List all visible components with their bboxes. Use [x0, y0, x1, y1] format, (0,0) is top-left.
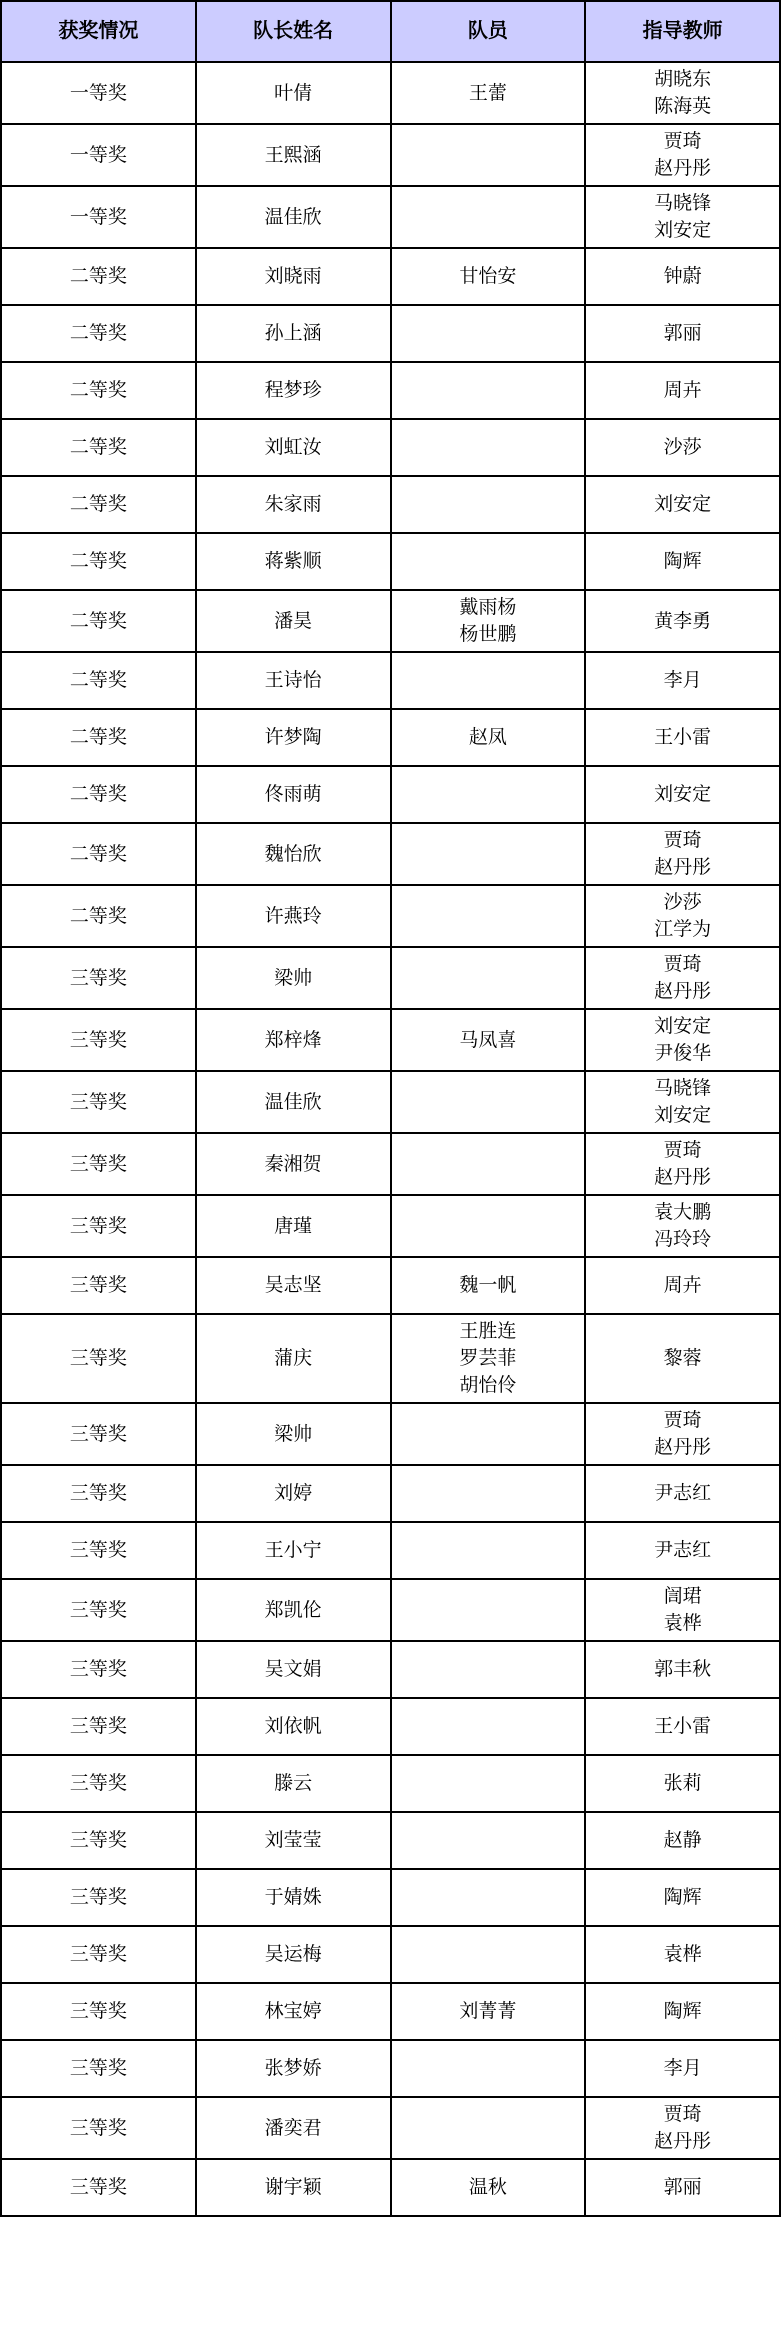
- table-row: 三等奖 吴志坚 魏一帆 周卉: [1, 1257, 780, 1314]
- captain-cell: 程梦珍: [196, 362, 391, 419]
- captain-cell: 佟雨萌: [196, 766, 391, 823]
- teachers-cell: 郭丰秋: [585, 1641, 780, 1698]
- column-header-teachers: 指导教师: [585, 1, 780, 62]
- captain-cell: 刘依帆: [196, 1698, 391, 1755]
- members-cell: 魏一帆: [391, 1257, 586, 1314]
- award-cell: 三等奖: [1, 1812, 196, 1869]
- table-row: 二等奖 孙上涵 郭丽: [1, 305, 780, 362]
- teachers-cell: 胡晓东 陈海英: [585, 62, 780, 124]
- award-cell: 三等奖: [1, 1641, 196, 1698]
- table-row: 三等奖 潘奕君 贾琦 赵丹彤: [1, 2097, 780, 2159]
- table-row: 三等奖 秦湘贺 贾琦 赵丹彤: [1, 1133, 780, 1195]
- members-cell: [391, 1465, 586, 1522]
- teachers-cell: 尹志红: [585, 1465, 780, 1522]
- award-cell: 三等奖: [1, 2040, 196, 2097]
- members-cell: [391, 305, 586, 362]
- table-row: 三等奖 谢宇颖 温秋 郭丽: [1, 2159, 780, 2216]
- members-cell: [391, 1195, 586, 1257]
- award-cell: 三等奖: [1, 1465, 196, 1522]
- teachers-cell: 陶辉: [585, 1869, 780, 1926]
- award-cell: 二等奖: [1, 305, 196, 362]
- captain-cell: 林宝婷: [196, 1983, 391, 2040]
- table-row: 二等奖 王诗怡 李月: [1, 652, 780, 709]
- table-row: 三等奖 蒲庆 王胜连 罗芸菲 胡怡伶 黎蓉: [1, 1314, 780, 1403]
- members-cell: 戴雨杨 杨世鹏: [391, 590, 586, 652]
- members-cell: 刘菁菁: [391, 1983, 586, 2040]
- members-cell: [391, 1071, 586, 1133]
- members-cell: [391, 1641, 586, 1698]
- table-row: 三等奖 刘婷 尹志红: [1, 1465, 780, 1522]
- members-cell: [391, 1698, 586, 1755]
- teachers-cell: 黎蓉: [585, 1314, 780, 1403]
- captain-cell: 王诗怡: [196, 652, 391, 709]
- members-cell: 王胜连 罗芸菲 胡怡伶: [391, 1314, 586, 1403]
- table-row: 三等奖 林宝婷 刘菁菁 陶辉: [1, 1983, 780, 2040]
- members-cell: [391, 476, 586, 533]
- award-cell: 三等奖: [1, 1755, 196, 1812]
- award-cell: 三等奖: [1, 1071, 196, 1133]
- members-cell: [391, 2040, 586, 2097]
- teachers-cell: 钟蔚: [585, 248, 780, 305]
- captain-cell: 唐瑾: [196, 1195, 391, 1257]
- members-cell: [391, 766, 586, 823]
- table-row: 三等奖 唐瑾 袁大鹏 冯玲玲: [1, 1195, 780, 1257]
- table-row: 二等奖 朱家雨 刘安定: [1, 476, 780, 533]
- captain-cell: 温佳欣: [196, 1071, 391, 1133]
- award-cell: 三等奖: [1, 1522, 196, 1579]
- column-header-award: 获奖情况: [1, 1, 196, 62]
- table-row: 一等奖 王熙涵 贾琦 赵丹彤: [1, 124, 780, 186]
- captain-cell: 刘莹莹: [196, 1812, 391, 1869]
- table-row: 二等奖 刘晓雨 甘怡安 钟蔚: [1, 248, 780, 305]
- award-cell: 二等奖: [1, 766, 196, 823]
- captain-cell: 谢宇颖: [196, 2159, 391, 2216]
- teachers-cell: 郭丽: [585, 305, 780, 362]
- award-cell: 二等奖: [1, 652, 196, 709]
- table-row: 三等奖 刘莹莹 赵静: [1, 1812, 780, 1869]
- table-header: 获奖情况 队长姓名 队员 指导教师: [1, 1, 780, 62]
- award-cell: 三等奖: [1, 2159, 196, 2216]
- table-body: 一等奖 叶倩 王蕾 胡晓东 陈海英 一等奖 王熙涵 贾琦 赵丹彤 一等奖 温佳欣…: [1, 62, 780, 2216]
- table-row: 二等奖 蒋紫顺 陶辉: [1, 533, 780, 590]
- captain-cell: 吴文娟: [196, 1641, 391, 1698]
- award-cell: 二等奖: [1, 362, 196, 419]
- table-row: 三等奖 梁帅 贾琦 赵丹彤: [1, 1403, 780, 1465]
- members-cell: [391, 362, 586, 419]
- table-row: 三等奖 于婧姝 陶辉: [1, 1869, 780, 1926]
- members-cell: 王蕾: [391, 62, 586, 124]
- teachers-cell: 刘安定 尹俊华: [585, 1009, 780, 1071]
- members-cell: [391, 885, 586, 947]
- teachers-cell: 贾琦 赵丹彤: [585, 2097, 780, 2159]
- members-cell: [391, 533, 586, 590]
- captain-cell: 张梦娇: [196, 2040, 391, 2097]
- teachers-cell: 李月: [585, 652, 780, 709]
- captain-cell: 许梦陶: [196, 709, 391, 766]
- award-cell: 三等奖: [1, 1009, 196, 1071]
- table-row: 二等奖 许燕玲 沙莎 江学为: [1, 885, 780, 947]
- teachers-cell: 刘安定: [585, 476, 780, 533]
- column-header-captain: 队长姓名: [196, 1, 391, 62]
- table-row: 三等奖 张梦娇 李月: [1, 2040, 780, 2097]
- captain-cell: 潘奕君: [196, 2097, 391, 2159]
- award-cell: 三等奖: [1, 1983, 196, 2040]
- members-cell: 温秋: [391, 2159, 586, 2216]
- members-cell: [391, 947, 586, 1009]
- award-cell: 二等奖: [1, 823, 196, 885]
- teachers-cell: 袁桦: [585, 1926, 780, 1983]
- captain-cell: 刘虹汝: [196, 419, 391, 476]
- table-row: 三等奖 吴文娟 郭丰秋: [1, 1641, 780, 1698]
- table-row: 三等奖 温佳欣 马晓锋 刘安定: [1, 1071, 780, 1133]
- table-row: 三等奖 刘依帆 王小雷: [1, 1698, 780, 1755]
- award-cell: 二等奖: [1, 709, 196, 766]
- members-cell: [391, 1812, 586, 1869]
- award-cell: 三等奖: [1, 2097, 196, 2159]
- teachers-cell: 赵静: [585, 1812, 780, 1869]
- captain-cell: 刘晓雨: [196, 248, 391, 305]
- teachers-cell: 刘安定: [585, 766, 780, 823]
- teachers-cell: 袁大鹏 冯玲玲: [585, 1195, 780, 1257]
- award-cell: 二等奖: [1, 590, 196, 652]
- table-row: 一等奖 叶倩 王蕾 胡晓东 陈海英: [1, 62, 780, 124]
- table-row: 二等奖 佟雨萌 刘安定: [1, 766, 780, 823]
- captain-cell: 潘昊: [196, 590, 391, 652]
- captain-cell: 蒋紫顺: [196, 533, 391, 590]
- teachers-cell: 贾琦 赵丹彤: [585, 947, 780, 1009]
- award-cell: 二等奖: [1, 533, 196, 590]
- teachers-cell: 沙莎 江学为: [585, 885, 780, 947]
- table-row: 二等奖 魏怡欣 贾琦 赵丹彤: [1, 823, 780, 885]
- captain-cell: 许燕玲: [196, 885, 391, 947]
- teachers-cell: 周卉: [585, 362, 780, 419]
- members-cell: [391, 1522, 586, 1579]
- captain-cell: 蒲庆: [196, 1314, 391, 1403]
- members-cell: [391, 1869, 586, 1926]
- table-row: 三等奖 滕云 张莉: [1, 1755, 780, 1812]
- captain-cell: 郑梓烽: [196, 1009, 391, 1071]
- award-cell: 二等奖: [1, 248, 196, 305]
- table-row: 三等奖 郑凯伦 訚珺 袁桦: [1, 1579, 780, 1641]
- column-header-members: 队员: [391, 1, 586, 62]
- award-cell: 三等奖: [1, 1257, 196, 1314]
- teachers-cell: 陶辉: [585, 1983, 780, 2040]
- award-cell: 三等奖: [1, 1869, 196, 1926]
- teachers-cell: 王小雷: [585, 1698, 780, 1755]
- teachers-cell: 訚珺 袁桦: [585, 1579, 780, 1641]
- captain-cell: 王小宁: [196, 1522, 391, 1579]
- teachers-cell: 王小雷: [585, 709, 780, 766]
- teachers-cell: 贾琦 赵丹彤: [585, 1133, 780, 1195]
- members-cell: [391, 1755, 586, 1812]
- teachers-cell: 马晓锋 刘安定: [585, 186, 780, 248]
- award-cell: 三等奖: [1, 947, 196, 1009]
- captain-cell: 朱家雨: [196, 476, 391, 533]
- members-cell: [391, 823, 586, 885]
- captain-cell: 梁帅: [196, 947, 391, 1009]
- captain-cell: 魏怡欣: [196, 823, 391, 885]
- captain-cell: 梁帅: [196, 1403, 391, 1465]
- captain-cell: 刘婷: [196, 1465, 391, 1522]
- award-cell: 一等奖: [1, 186, 196, 248]
- table-row: 三等奖 郑梓烽 马凤喜 刘安定 尹俊华: [1, 1009, 780, 1071]
- award-cell: 二等奖: [1, 476, 196, 533]
- members-cell: 马凤喜: [391, 1009, 586, 1071]
- captain-cell: 王熙涵: [196, 124, 391, 186]
- table-row: 一等奖 温佳欣 马晓锋 刘安定: [1, 186, 780, 248]
- award-cell: 三等奖: [1, 1403, 196, 1465]
- table-row: 三等奖 吴运梅 袁桦: [1, 1926, 780, 1983]
- teachers-cell: 陶辉: [585, 533, 780, 590]
- award-cell: 二等奖: [1, 419, 196, 476]
- captain-cell: 秦湘贺: [196, 1133, 391, 1195]
- table-row: 二等奖 潘昊 戴雨杨 杨世鹏 黄李勇: [1, 590, 780, 652]
- members-cell: [391, 419, 586, 476]
- captain-cell: 于婧姝: [196, 1869, 391, 1926]
- captain-cell: 温佳欣: [196, 186, 391, 248]
- award-cell: 三等奖: [1, 1579, 196, 1641]
- teachers-cell: 黄李勇: [585, 590, 780, 652]
- members-cell: [391, 1403, 586, 1465]
- captain-cell: 孙上涵: [196, 305, 391, 362]
- teachers-cell: 李月: [585, 2040, 780, 2097]
- table-row: 三等奖 王小宁 尹志红: [1, 1522, 780, 1579]
- teachers-cell: 张莉: [585, 1755, 780, 1812]
- members-cell: 甘怡安: [391, 248, 586, 305]
- table-row: 二等奖 程梦珍 周卉: [1, 362, 780, 419]
- award-cell: 三等奖: [1, 1698, 196, 1755]
- captain-cell: 郑凯伦: [196, 1579, 391, 1641]
- teachers-cell: 马晓锋 刘安定: [585, 1071, 780, 1133]
- award-cell: 三等奖: [1, 1195, 196, 1257]
- teachers-cell: 周卉: [585, 1257, 780, 1314]
- teachers-cell: 贾琦 赵丹彤: [585, 823, 780, 885]
- members-cell: [391, 2097, 586, 2159]
- award-cell: 一等奖: [1, 62, 196, 124]
- teachers-cell: 郭丽: [585, 2159, 780, 2216]
- teachers-cell: 贾琦 赵丹彤: [585, 124, 780, 186]
- table-row: 二等奖 刘虹汝 沙莎: [1, 419, 780, 476]
- members-cell: [391, 124, 586, 186]
- members-cell: [391, 1926, 586, 1983]
- award-cell: 三等奖: [1, 1926, 196, 1983]
- header-row: 获奖情况 队长姓名 队员 指导教师: [1, 1, 780, 62]
- teachers-cell: 尹志红: [585, 1522, 780, 1579]
- captain-cell: 滕云: [196, 1755, 391, 1812]
- teachers-cell: 沙莎: [585, 419, 780, 476]
- captain-cell: 吴志坚: [196, 1257, 391, 1314]
- table-row: 三等奖 梁帅 贾琦 赵丹彤: [1, 947, 780, 1009]
- members-cell: [391, 186, 586, 248]
- members-cell: [391, 652, 586, 709]
- captain-cell: 吴运梅: [196, 1926, 391, 1983]
- table-row: 二等奖 许梦陶 赵凤 王小雷: [1, 709, 780, 766]
- members-cell: 赵凤: [391, 709, 586, 766]
- award-cell: 二等奖: [1, 885, 196, 947]
- award-cell: 一等奖: [1, 124, 196, 186]
- award-cell: 三等奖: [1, 1314, 196, 1403]
- members-cell: [391, 1133, 586, 1195]
- awards-table: 获奖情况 队长姓名 队员 指导教师 一等奖 叶倩 王蕾 胡晓东 陈海英 一等奖 …: [0, 0, 781, 2217]
- award-cell: 三等奖: [1, 1133, 196, 1195]
- captain-cell: 叶倩: [196, 62, 391, 124]
- members-cell: [391, 1579, 586, 1641]
- teachers-cell: 贾琦 赵丹彤: [585, 1403, 780, 1465]
